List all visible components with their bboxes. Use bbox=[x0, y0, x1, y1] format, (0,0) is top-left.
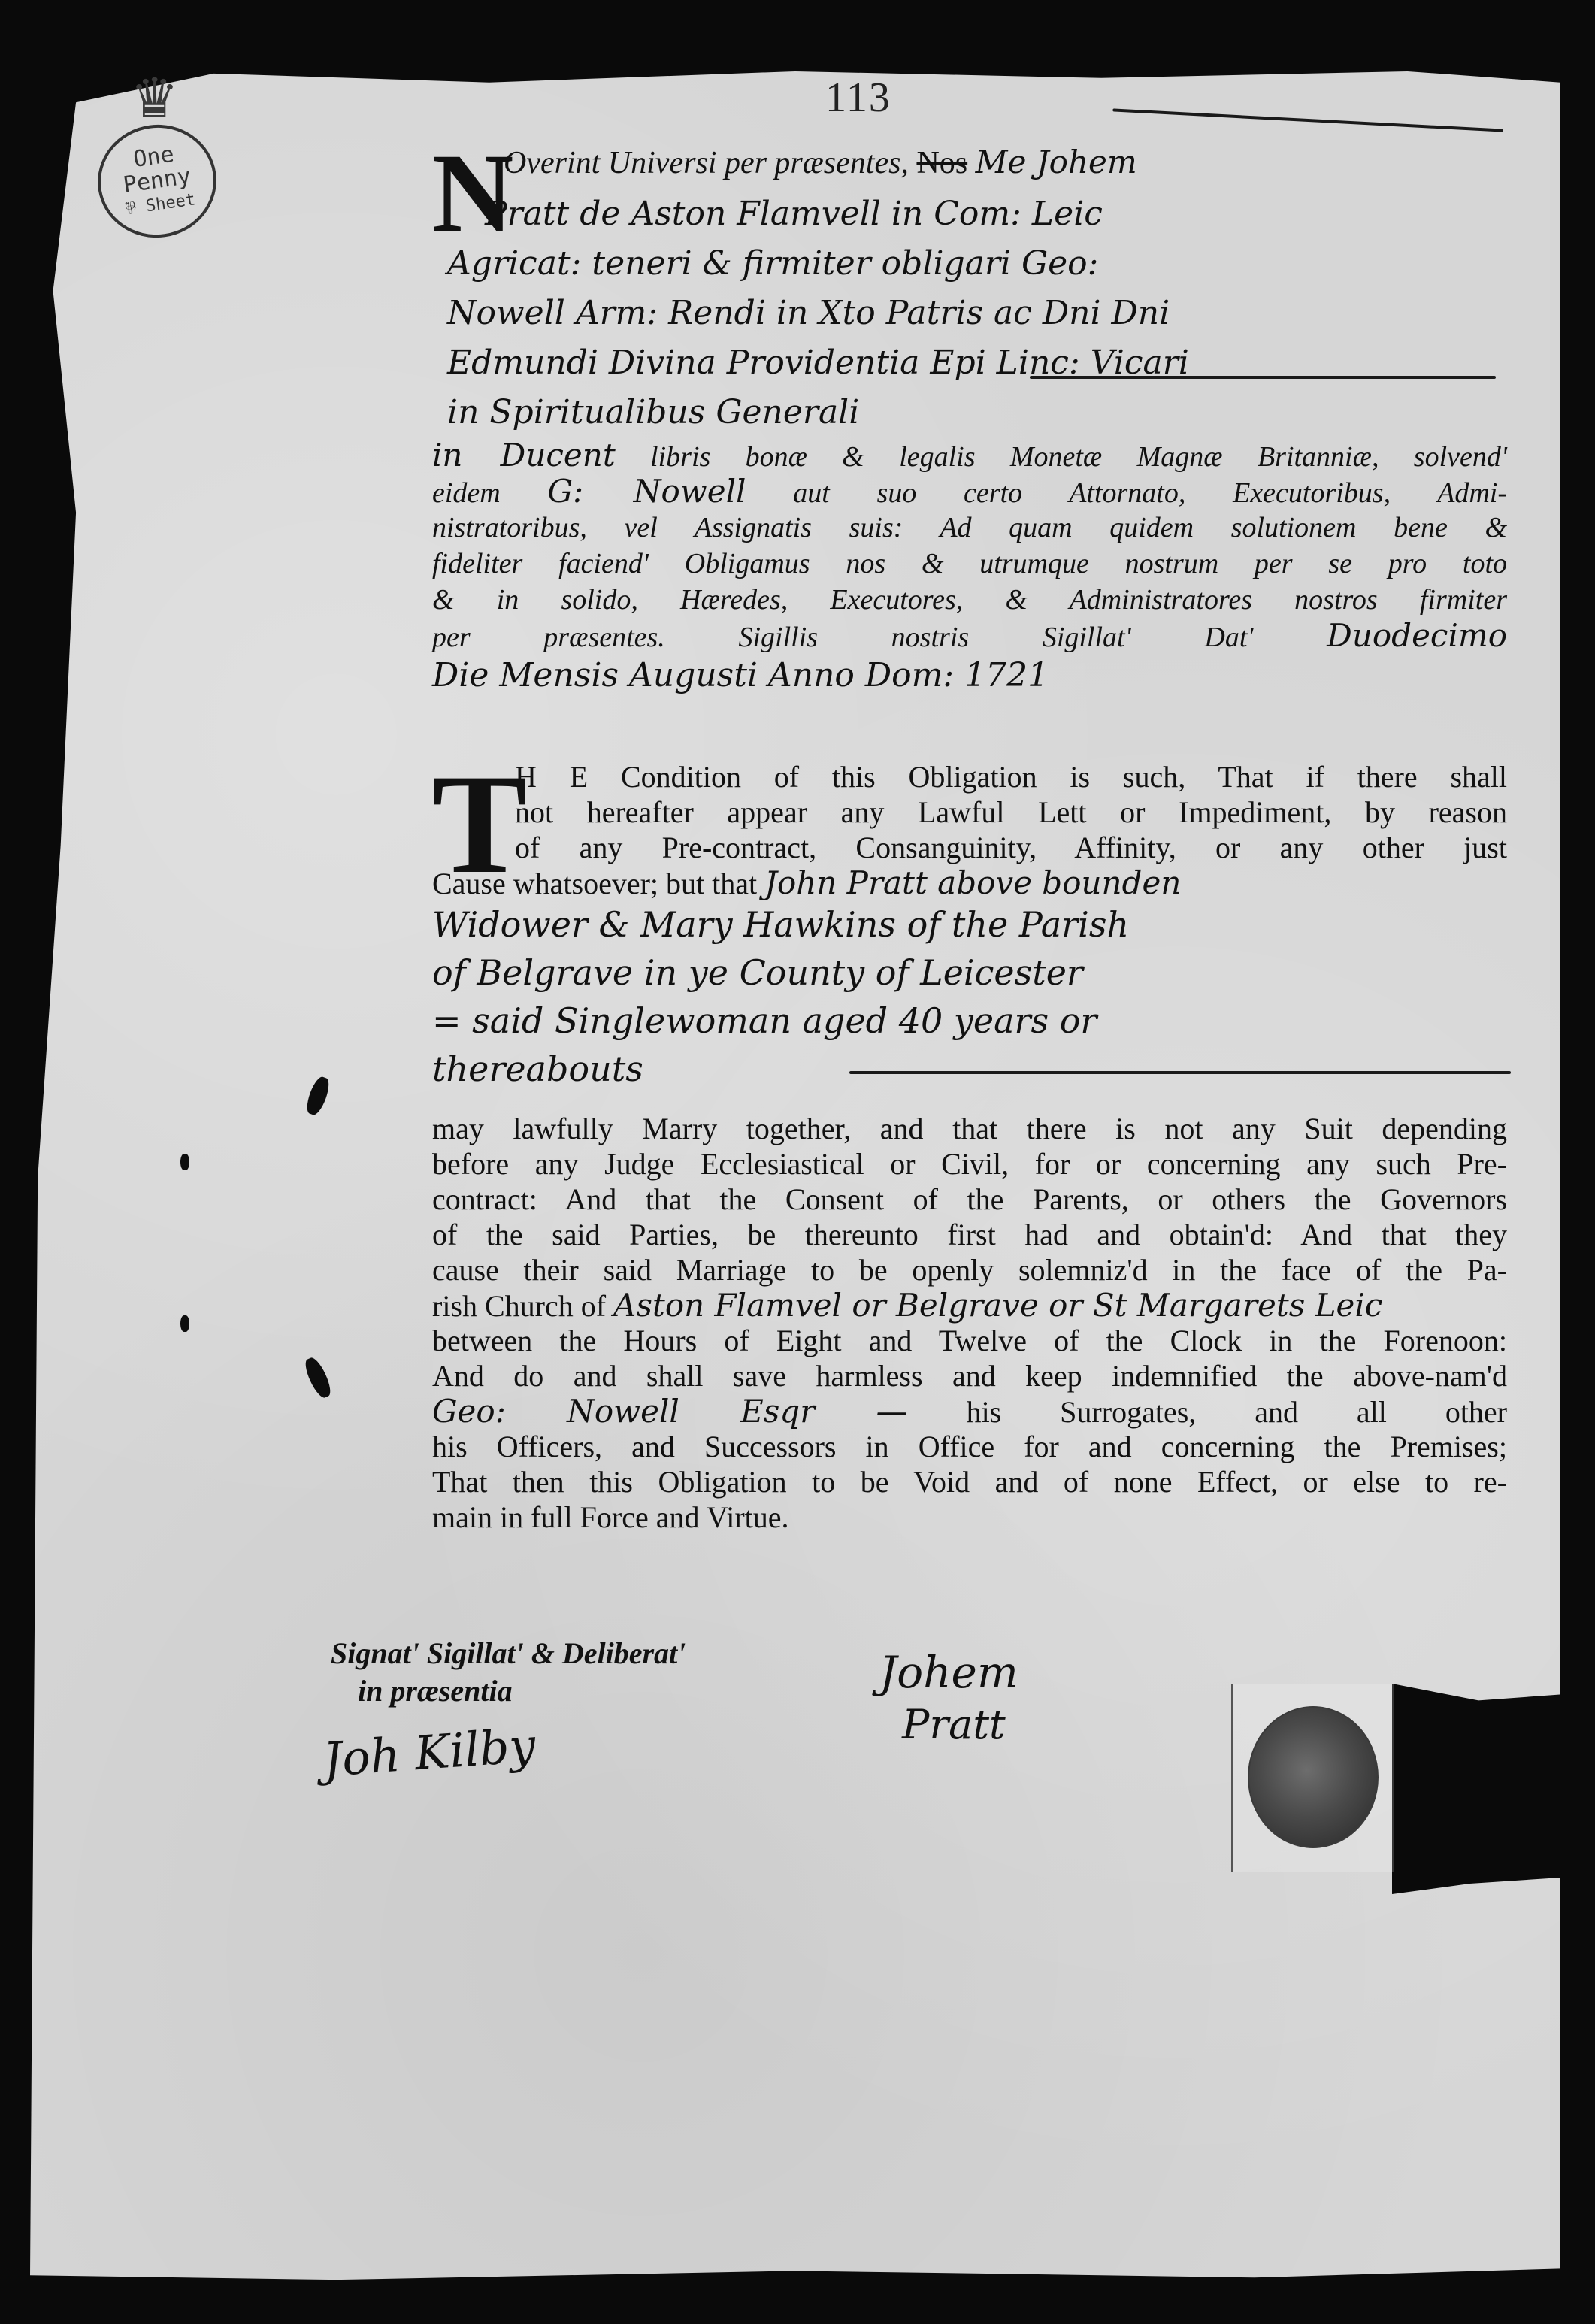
printed-line: eidem G: Nowell aut suo certo Attornato,… bbox=[432, 474, 1507, 510]
opening-printed: Overint Universi per præsentes, bbox=[504, 146, 909, 180]
condition-line: of any Pre-contract, Consanguinity, Affi… bbox=[432, 830, 1507, 865]
condition-line: may lawfully Marry together, and that th… bbox=[432, 1111, 1507, 1146]
crown-icon: ♛ bbox=[119, 75, 190, 122]
opening-handwritten: Me Johem bbox=[976, 144, 1137, 180]
obligation-opening-line: Overint Universi per præsentes, Nos Me J… bbox=[432, 135, 1507, 189]
condition-line: main in full Force and Virtue. bbox=[432, 1499, 1507, 1535]
condition-line: of the said Parties, be thereunto first … bbox=[432, 1217, 1507, 1252]
condition-line: Geo: Nowell Esqr — his Surrogates, and a… bbox=[432, 1393, 1507, 1429]
date-line: Die Mensis Augusti Anno Dom: 1721 bbox=[432, 654, 1507, 698]
signature-first-name: Johem bbox=[879, 1646, 1105, 1699]
fill-rule bbox=[849, 1071, 1511, 1074]
printed-text: eidem bbox=[432, 477, 501, 509]
condition-line: That then this Obligation to be Void and… bbox=[432, 1464, 1507, 1499]
attestation-clause: Signat' Sigillat' & Deliberat' in præsen… bbox=[331, 1635, 686, 1710]
condition-line: rish Church of Aston Flamvel or Belgrave… bbox=[432, 1288, 1507, 1323]
condition-line: cause their said Marriage to be openly s… bbox=[432, 1252, 1507, 1288]
handwritten-fill: Geo: Nowell Esqr — bbox=[432, 1393, 908, 1430]
printed-line: & in solido, Hæredes, Executores, & Admi… bbox=[432, 582, 1507, 618]
condition-line: H E Condition of this Obligation is such… bbox=[432, 759, 1507, 794]
struck-word: Nos bbox=[916, 146, 967, 180]
handwritten-line: Nowell Arm: Rendi in Xto Patris ac Dni D… bbox=[432, 289, 1507, 338]
handwritten-fill: G: Nowell bbox=[547, 473, 746, 510]
ink-blot bbox=[180, 1315, 189, 1332]
handwritten-line: of Belgrave in ye County of Leicester bbox=[432, 949, 1507, 997]
handwritten-fill: Aston Flamvel or Belgrave or St Margaret… bbox=[613, 1287, 1382, 1324]
handwritten-line: = said Singlewoman aged 40 years or bbox=[432, 997, 1507, 1045]
printed-line: nistratoribus, vel Assignatis suis: Ad q… bbox=[432, 510, 1507, 546]
wax-seal-icon bbox=[1248, 1706, 1379, 1848]
handwritten-fill: Duodecimo bbox=[1327, 617, 1507, 654]
handwritten-fill: John Pratt above bounden bbox=[764, 864, 1181, 901]
condition-continuation: may lawfully Marry together, and that th… bbox=[432, 1111, 1507, 1535]
handwritten-line: in Spiritualibus Generali bbox=[432, 388, 1507, 437]
handwritten-line: Agricat: teneri & firmiter obligari Geo: bbox=[432, 239, 1507, 289]
printed-line: in Ducent libris bonæ & legalis Monetæ M… bbox=[432, 437, 1507, 474]
printed-line: per præsentes. Sigillis nostris Sigillat… bbox=[432, 618, 1507, 654]
handwritten-line: Pratt de Aston Flamvell in Com: Leic bbox=[432, 189, 1507, 239]
signature-surname: Pratt bbox=[879, 1699, 1105, 1751]
printed-text: rish Church of bbox=[432, 1289, 606, 1323]
folio-number: 113 bbox=[825, 74, 891, 122]
printed-text: his Surrogates, and all other bbox=[967, 1395, 1507, 1429]
condition-section: T H E Condition of this Obligation is su… bbox=[432, 759, 1507, 1093]
obligation-section: N Overint Universi per præsentes, Nos Me… bbox=[432, 135, 1507, 698]
handwritten-line: thereabouts bbox=[432, 1045, 1507, 1093]
condition-line: between the Hours of Eight and Twelve of… bbox=[432, 1323, 1507, 1358]
condition-line: And do and shall save harmless and keep … bbox=[432, 1358, 1507, 1393]
printed-text: libris bonæ & legalis Monetæ Magnæ Brita… bbox=[650, 441, 1507, 473]
condition-line: his Officers, and Successors in Office f… bbox=[432, 1429, 1507, 1464]
handwritten-fill: in Ducent bbox=[432, 437, 616, 474]
handwritten-line: Widower & Mary Hawkins of the Parish bbox=[432, 900, 1507, 949]
dropcap-t: T bbox=[432, 761, 528, 888]
stamp-ring: One Penny ⅌ Sheet bbox=[90, 117, 223, 246]
handwritten-line: Edmundi Divina Providentia Epi Linc: Vic… bbox=[432, 338, 1507, 388]
attestation-line-1: Signat' Sigillat' & Deliberat' bbox=[331, 1635, 686, 1672]
attestation-line-2: in præsentia bbox=[331, 1672, 686, 1710]
condition-line: before any Judge Ecclesiastical or Civil… bbox=[432, 1146, 1507, 1182]
principal-signature: Johem Pratt bbox=[879, 1646, 1105, 1751]
fill-rule bbox=[1030, 376, 1496, 379]
printed-line: fideliter faciend' Obligamus nos & utrum… bbox=[432, 546, 1507, 582]
one-penny-stamp: ♛ One Penny ⅌ Sheet bbox=[83, 75, 233, 233]
printed-text: aut suo certo Attornato, Executoribus, A… bbox=[793, 477, 1507, 509]
condition-line: not hereafter appear any Lawful Lett or … bbox=[432, 794, 1507, 830]
printed-text: per præsentes. Sigillis nostris Sigillat… bbox=[432, 622, 1254, 653]
condition-line: contract: And that the Consent of the Pa… bbox=[432, 1182, 1507, 1217]
ink-blot bbox=[180, 1154, 189, 1170]
torn-notch bbox=[1392, 1684, 1565, 1894]
condition-line: Cause whatsoever; but that John Pratt ab… bbox=[432, 865, 1507, 900]
